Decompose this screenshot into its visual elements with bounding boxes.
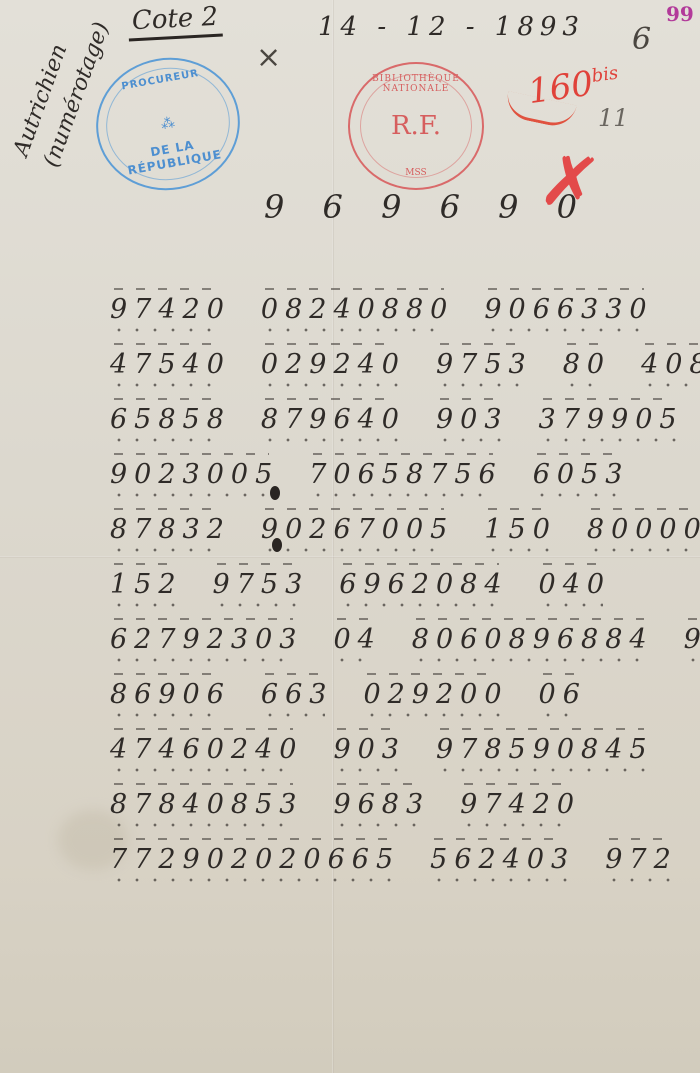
- cipher-group: 87832: [110, 514, 231, 545]
- folio-pencil-number: 6: [632, 22, 651, 57]
- cipher-group: 62792303: [110, 624, 303, 655]
- cipher-group: 04: [333, 624, 381, 655]
- cipher-line: 772902020665 562403 972: [110, 832, 690, 887]
- cipher-group: 379905: [539, 404, 684, 435]
- cipher-group: 9023005: [110, 459, 279, 490]
- cipher-group: 663: [261, 679, 334, 710]
- cipher-group: 70658756: [309, 459, 502, 490]
- cipher-group: 9066330: [484, 294, 653, 325]
- folio-violet-number: 99: [666, 2, 694, 26]
- cipher-line: 87832 90267005 150 800003: [110, 502, 690, 557]
- cipher-heading: 9 6 9 6 9 0: [264, 188, 591, 226]
- cipher-line: 152 9753 6962084 040: [110, 557, 690, 612]
- cipher-group: 08240880: [261, 294, 454, 325]
- red-stamp-bottom-text: MSS: [350, 168, 482, 178]
- cipher-line: 9023005 70658756 6053: [110, 447, 690, 502]
- cipher-line: 86906 663 029200 06: [110, 667, 690, 722]
- red-stamp-top-text: BIBLIOTHÈQUE NATIONALE: [350, 74, 482, 94]
- red-bibliotheque-stamp: BIBLIOTHÈQUE NATIONALE R.F. MSS: [348, 62, 484, 190]
- cipher-line: 87840853 9683 97420: [110, 777, 690, 832]
- cote-label: Cote 2: [127, 2, 223, 42]
- cipher-group: 029240: [261, 349, 406, 380]
- cipher-group: 772902020665: [110, 844, 400, 875]
- cipher-body: 97420 08240880 9066330 47540 029240 9753…: [110, 282, 690, 887]
- folio-red-suffix: bis: [590, 62, 619, 86]
- cipher-line: 47540 029240 9753 80 40806: [110, 337, 690, 392]
- cipher-group: 9683: [333, 789, 430, 820]
- cipher-group: 9753: [684, 624, 700, 655]
- cipher-group: 6053: [533, 459, 630, 490]
- cipher-line: 97420 08240880 9066330: [110, 282, 690, 337]
- blue-procureur-stamp: PROCUREUR ⁂ DE LA RÉPUBLIQUE: [86, 47, 251, 202]
- cipher-group: 9753: [213, 569, 310, 600]
- cipher-group: 97420: [460, 789, 581, 820]
- cipher-line: 62792303 04 8060896884 9753: [110, 612, 690, 667]
- cipher-group: 029200: [363, 679, 508, 710]
- cipher-group: 87840853: [110, 789, 303, 820]
- cipher-group: 972: [605, 844, 678, 875]
- cross-mark: ×: [256, 40, 281, 75]
- cipher-line: 65858 879640 903 379905: [110, 392, 690, 447]
- cipher-group: 6962084: [339, 569, 508, 600]
- cipher-group: 80: [563, 349, 611, 380]
- cipher-line: 47460240 903 978590845: [110, 722, 690, 777]
- pencil-mark: 11: [598, 104, 629, 132]
- cipher-group: 040: [539, 569, 612, 600]
- cipher-group: 90267005: [261, 514, 454, 545]
- cipher-group: 86906: [110, 679, 231, 710]
- cipher-group: 40806: [641, 349, 700, 380]
- cipher-group: 8060896884: [412, 624, 654, 655]
- cipher-group: 47540: [110, 349, 231, 380]
- cipher-group: 65858: [110, 404, 231, 435]
- cipher-group: 800003: [587, 514, 700, 545]
- cipher-group: 06: [539, 679, 587, 710]
- ink-blot: [272, 538, 282, 552]
- cipher-group: 903: [333, 734, 406, 765]
- cipher-group: 978590845: [436, 734, 654, 765]
- ink-blot: [270, 486, 280, 500]
- cipher-group: 9753: [436, 349, 533, 380]
- cipher-group: 97420: [110, 294, 231, 325]
- cipher-group: 879640: [261, 404, 406, 435]
- cipher-group: 562403: [430, 844, 575, 875]
- cipher-group: 47460240: [110, 734, 303, 765]
- cipher-group: 150: [484, 514, 557, 545]
- manuscript-page: Autrichien (numérotage) Cote 2 × 14 - 12…: [0, 0, 700, 1073]
- cipher-group: 903: [436, 404, 509, 435]
- document-date: 14 - 12 - 1893: [318, 12, 585, 42]
- cipher-group: 152: [110, 569, 183, 600]
